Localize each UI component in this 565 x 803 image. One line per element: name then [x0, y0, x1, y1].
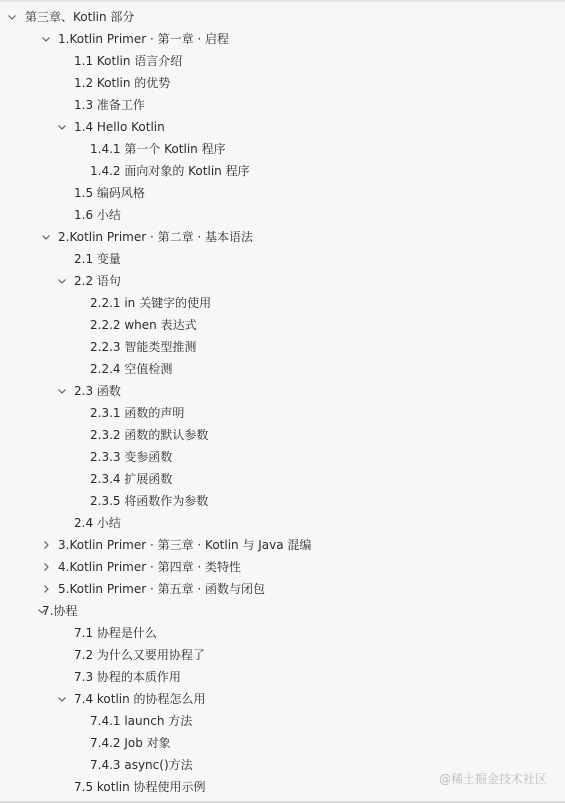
tree-item[interactable]: 2.3.2 函数的默认参数	[0, 424, 565, 446]
chevron-right-icon[interactable]	[40, 534, 52, 556]
top-border	[0, 0, 565, 2]
chevron-down-icon[interactable]	[56, 688, 68, 710]
tree-item-label: 7.4.3 async()方法	[90, 754, 193, 776]
tree-item[interactable]: 5.Kotlin Primer · 第五章 · 函数与闭包	[0, 578, 565, 600]
chevron-right-icon[interactable]	[40, 556, 52, 578]
tree-item-label: 2.2.1 in 关键字的使用	[90, 292, 211, 314]
tree-item-label: 1.1 Kotlin 语言介绍	[74, 50, 182, 72]
tree-item[interactable]: 7.1 协程是什么	[0, 622, 565, 644]
chevron-down-icon[interactable]	[40, 28, 52, 50]
tree-item-label: 7.1 协程是什么	[74, 622, 157, 644]
tree-item[interactable]: 4.Kotlin Primer · 第四章 · 类特性	[0, 556, 565, 578]
tree-item[interactable]: 7.协程	[0, 600, 565, 622]
tree-item[interactable]: 2.2 语句	[0, 270, 565, 292]
chevron-down-icon[interactable]	[6, 6, 18, 28]
outline-tree: 第三章、Kotlin 部分1.Kotlin Primer · 第一章 · 启程1…	[0, 6, 565, 798]
tree-item[interactable]: 2.3 函数	[0, 380, 565, 402]
tree-item-label: 1.2 Kotlin 的优势	[74, 72, 170, 94]
tree-item-label: 2.3.5 将函数作为参数	[90, 490, 208, 512]
tree-item[interactable]: 2.Kotlin Primer · 第二章 · 基本语法	[0, 226, 565, 248]
tree-item-label: 7.4 kotlin 的协程怎么用	[74, 688, 206, 710]
tree-item-label: 1.4.1 第一个 Kotlin 程序	[90, 138, 226, 160]
tree-item[interactable]: 2.3.5 将函数作为参数	[0, 490, 565, 512]
tree-item[interactable]: 1.2 Kotlin 的优势	[0, 72, 565, 94]
tree-item-label: 7.4.1 launch 方法	[90, 710, 192, 732]
tree-item[interactable]: 7.4.2 Job 对象	[0, 732, 565, 754]
tree-item[interactable]: 2.2.4 空值检测	[0, 358, 565, 380]
tree-item[interactable]: 2.1 变量	[0, 248, 565, 270]
tree-item-label: 2.3.3 变参函数	[90, 446, 172, 468]
tree-item[interactable]: 2.2.1 in 关键字的使用	[0, 292, 565, 314]
tree-item[interactable]: 3.Kotlin Primer · 第三章 · Kotlin 与 Java 混编	[0, 534, 565, 556]
tree-item-label: 2.3.1 函数的声明	[90, 402, 184, 424]
tree-item-label: 7.协程	[42, 600, 77, 622]
tree-item-label: 2.3.2 函数的默认参数	[90, 424, 208, 446]
tree-item[interactable]: 7.4.1 launch 方法	[0, 710, 565, 732]
tree-item-label: 7.3 协程的本质作用	[74, 666, 181, 688]
chevron-right-icon[interactable]	[40, 578, 52, 600]
tree-item[interactable]: 2.2.3 智能类型推测	[0, 336, 565, 358]
tree-item-label: 2.2.3 智能类型推测	[90, 336, 196, 358]
tree-item[interactable]: 7.3 协程的本质作用	[0, 666, 565, 688]
tree-item-label: 2.4 小结	[74, 512, 121, 534]
tree-item[interactable]: 2.2.2 when 表达式	[0, 314, 565, 336]
tree-item[interactable]: 2.3.3 变参函数	[0, 446, 565, 468]
tree-item-label: 4.Kotlin Primer · 第四章 · 类特性	[58, 556, 241, 578]
tree-item[interactable]: 1.4.2 面向对象的 Kotlin 程序	[0, 160, 565, 182]
tree-item-label: 7.4.2 Job 对象	[90, 732, 171, 754]
tree-item[interactable]: 1.4 Hello Kotlin	[0, 116, 565, 138]
chevron-down-icon[interactable]	[40, 226, 52, 248]
tree-item[interactable]: 1.4.1 第一个 Kotlin 程序	[0, 138, 565, 160]
tree-item-label: 2.Kotlin Primer · 第二章 · 基本语法	[58, 226, 253, 248]
tree-item-label: 2.3 函数	[74, 380, 121, 402]
tree-item[interactable]: 2.4 小结	[0, 512, 565, 534]
chevron-down-icon[interactable]	[56, 380, 68, 402]
tree-item-label: 2.3.4 扩展函数	[90, 468, 172, 490]
chevron-down-icon[interactable]	[56, 270, 68, 292]
tree-item[interactable]: 1.6 小结	[0, 204, 565, 226]
tree-item-label: 1.3 准备工作	[74, 94, 145, 116]
tree-item-label: 1.4.2 面向对象的 Kotlin 程序	[90, 160, 250, 182]
tree-item-label: 2.1 变量	[74, 248, 121, 270]
tree-item-label: 5.Kotlin Primer · 第五章 · 函数与闭包	[58, 578, 265, 600]
tree-item[interactable]: 1.3 准备工作	[0, 94, 565, 116]
tree-item-label: 1.Kotlin Primer · 第一章 · 启程	[58, 28, 229, 50]
tree-item[interactable]: 7.4 kotlin 的协程怎么用	[0, 688, 565, 710]
tree-item-label: 2.2 语句	[74, 270, 121, 292]
tree-item[interactable]: 第三章、Kotlin 部分	[0, 6, 565, 28]
tree-item[interactable]: 1.Kotlin Primer · 第一章 · 启程	[0, 28, 565, 50]
tree-item-label: 第三章、Kotlin 部分	[25, 6, 134, 28]
tree-item-label: 3.Kotlin Primer · 第三章 · Kotlin 与 Java 混编	[58, 534, 311, 556]
tree-item-label: 7.2 为什么又要用协程了	[74, 644, 205, 666]
tree-item[interactable]: 2.3.4 扩展函数	[0, 468, 565, 490]
tree-item-label: 7.5 kotlin 协程使用示例	[74, 776, 206, 798]
tree-item[interactable]: 1.5 编码风格	[0, 182, 565, 204]
tree-item-label: 1.5 编码风格	[74, 182, 145, 204]
tree-item[interactable]: 2.3.1 函数的声明	[0, 402, 565, 424]
watermark: @稀土掘金技术社区	[439, 770, 547, 787]
chevron-down-icon[interactable]	[56, 116, 68, 138]
tree-item-label: 2.2.2 when 表达式	[90, 314, 197, 336]
tree-item[interactable]: 1.1 Kotlin 语言介绍	[0, 50, 565, 72]
tree-item-label: 2.2.4 空值检测	[90, 358, 172, 380]
tree-item-label: 1.6 小结	[74, 204, 121, 226]
tree-item[interactable]: 7.2 为什么又要用协程了	[0, 644, 565, 666]
tree-item-label: 1.4 Hello Kotlin	[74, 116, 165, 138]
